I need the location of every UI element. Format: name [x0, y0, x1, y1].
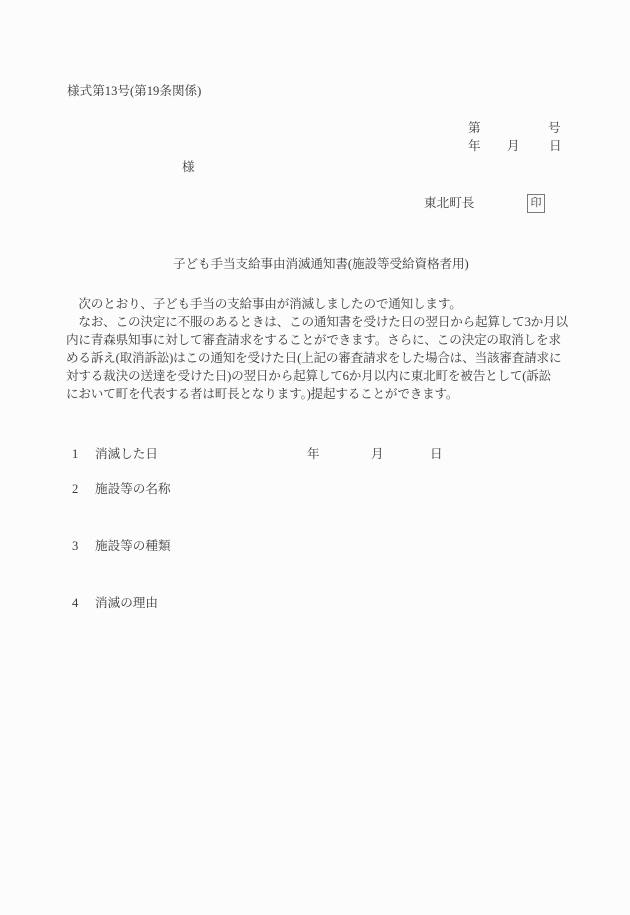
seal-mark: 印 — [527, 194, 545, 213]
item-number: 3 — [72, 540, 78, 554]
form-number: 様式第13号(第19条関係) — [67, 85, 201, 99]
addressee-honorific: 様 — [182, 161, 195, 175]
body-line: 次のとおり、子ども手当の支給事由が消滅しましたので通知します。 — [66, 295, 566, 313]
item-number: 4 — [72, 597, 78, 611]
item-label: 施設等の名称 — [95, 483, 171, 497]
item-label: 消滅した日 — [95, 448, 158, 462]
item1-day-label: 日 — [430, 448, 443, 462]
doc-number-prefix: 第 — [468, 122, 481, 136]
document-title: 子ども手当支給事由消滅通知書(施設等受給資格者用) — [173, 258, 469, 272]
notice-form-page: 様式第13号(第19条関係) 第 号 年 月 日 様 東北町長 印 子ども手当支… — [0, 0, 630, 915]
body-line: なお、この決定に不服のあるときは、この通知書を受けた日の翌日から起算して3か月以 — [66, 313, 566, 331]
doc-number-suffix: 号 — [548, 122, 561, 136]
item-number: 2 — [72, 483, 78, 497]
date-day-label: 日 — [549, 140, 562, 154]
body-line: 内に青森県知事に対して審査請求をすることができます。さらに、この決定の取消しを求 — [66, 331, 566, 349]
item-label: 施設等の種類 — [95, 540, 171, 554]
item-label: 消滅の理由 — [95, 597, 158, 611]
body-line: において町を代表する者は町長となります。)提起することができます。 — [66, 385, 566, 403]
body-paragraph: 次のとおり、子ども手当の支給事由が消滅しましたので通知します。 なお、この決定に… — [66, 295, 566, 403]
item1-year-label: 年 — [307, 448, 320, 462]
date-year-label: 年 — [468, 140, 481, 154]
item-number: 1 — [72, 448, 78, 462]
body-line: 対する裁決の送達を受けた日)の翌日から起算して6か月以内に東北町を被告として(訴… — [66, 367, 566, 385]
body-line: める訴え(取消訴訟)はこの通知を受けた日(上記の審査請求をした場合は、当該審査請… — [66, 349, 566, 367]
date-month-label: 月 — [507, 140, 520, 154]
issuer-name: 東北町長 — [424, 197, 474, 211]
item1-month-label: 月 — [371, 448, 384, 462]
